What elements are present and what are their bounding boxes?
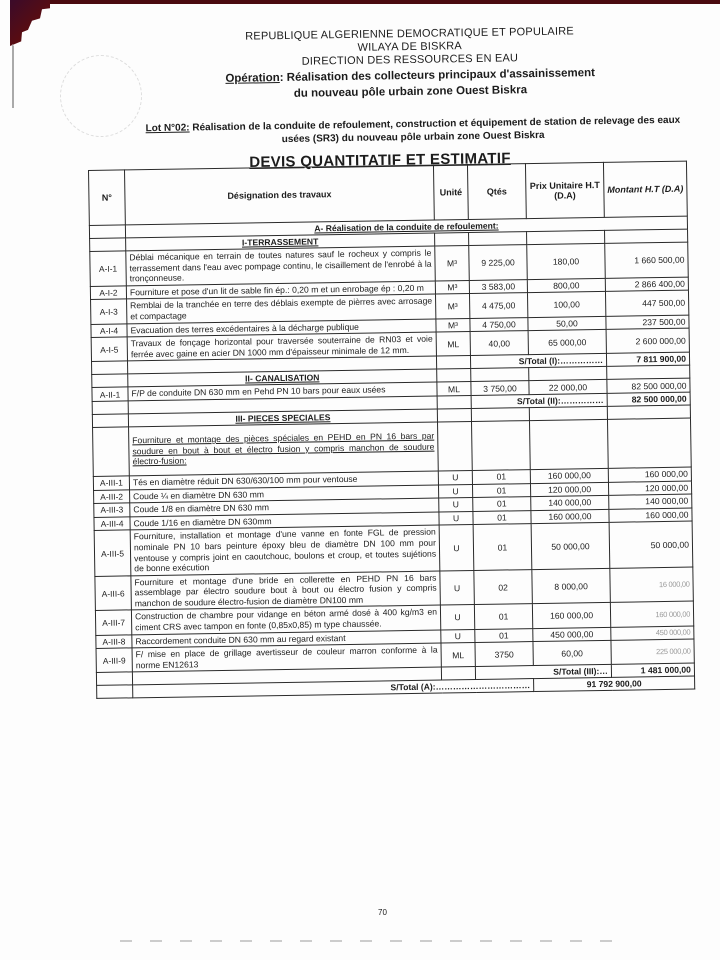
col-unit: Unité bbox=[433, 165, 468, 221]
stamp-mark bbox=[12, 44, 54, 108]
estimate-table-wrapper: N° Désignation des travaux Unité Qtés Pr… bbox=[88, 161, 696, 700]
item-unit-price: 60,00 bbox=[533, 641, 611, 666]
estimate-table: N° Désignation des travaux Unité Qtés Pr… bbox=[88, 161, 695, 700]
item-designation: Déblai mécanique en terrain de toutes na… bbox=[126, 246, 436, 286]
item-qty: 3 583,00 bbox=[469, 279, 527, 294]
item-code: A-III-4 bbox=[94, 517, 130, 531]
item-code: A-III-9 bbox=[96, 648, 132, 673]
item-code: A-III-5 bbox=[94, 530, 131, 576]
item-amount: 16 000,00 bbox=[610, 567, 694, 603]
item-qty: 01 bbox=[473, 524, 532, 570]
item-code: A-III-8 bbox=[96, 635, 132, 649]
item-unit-price: 120 000,00 bbox=[530, 482, 608, 497]
item-unit: U bbox=[439, 511, 473, 525]
item-unit: U bbox=[439, 525, 474, 571]
item-amount: 225 000,00 bbox=[611, 639, 694, 664]
scan-noise bbox=[120, 940, 620, 942]
item-amount: 2 600 000,00 bbox=[606, 328, 689, 353]
item-unit-price: 160 000,00 bbox=[532, 603, 610, 628]
item-amount: 450 000,00 bbox=[611, 626, 694, 641]
item-code: A-III-7 bbox=[95, 610, 131, 635]
item-amount: 140 000,00 bbox=[609, 494, 692, 509]
item-amount: 447 500,00 bbox=[605, 290, 688, 315]
faint-stamp bbox=[60, 55, 142, 137]
item-qty: 4 475,00 bbox=[469, 293, 527, 318]
item-code: A-I-1 bbox=[90, 251, 127, 286]
item-unit-price: 65 000,00 bbox=[528, 330, 606, 355]
subtotal-value: 1 481 000,00 bbox=[611, 663, 694, 677]
page-number: 70 bbox=[378, 908, 387, 917]
item-unit: U bbox=[440, 570, 475, 605]
item-unit: U bbox=[438, 484, 472, 498]
item-unit: ML bbox=[436, 332, 470, 357]
item-qty: 4 750,00 bbox=[470, 317, 528, 332]
col-num: N° bbox=[89, 170, 126, 226]
item-amount: 50 000,00 bbox=[609, 521, 693, 568]
item-designation: Fourniture et montage d'une bride en col… bbox=[131, 571, 441, 611]
item-unit-price: 160 000,00 bbox=[530, 468, 608, 483]
item-code: A-I-4 bbox=[91, 323, 127, 337]
item-unit-price: 450 000,00 bbox=[533, 627, 611, 642]
lot-text: Réalisation de la conduite de refoulemen… bbox=[189, 115, 680, 145]
item-amount: 237 500,00 bbox=[606, 315, 689, 330]
item-qty: 01 bbox=[472, 470, 530, 485]
item-unit: U bbox=[441, 629, 475, 643]
item-qty: 01 bbox=[473, 510, 531, 525]
item-qty: 01 bbox=[472, 483, 530, 498]
col-qty: Qtés bbox=[467, 164, 526, 220]
item-unit-price: 8 000,00 bbox=[532, 568, 611, 604]
item-qty: 9 225,00 bbox=[469, 245, 528, 281]
item-designation: Fourniture, installation et montage d'un… bbox=[130, 525, 440, 575]
item-code: A-III-6 bbox=[95, 576, 132, 611]
item-unit: ML bbox=[441, 643, 475, 668]
item-qty: 3750 bbox=[475, 642, 533, 667]
item-amount: 120 000,00 bbox=[608, 481, 691, 496]
item-amount: 160 000,00 bbox=[608, 467, 691, 482]
section-intro: Fourniture et montage des pièces spécial… bbox=[129, 422, 439, 476]
document-header: REPUBLIQUE ALGERIENNE DEMOCRATIQUE ET PO… bbox=[149, 24, 670, 103]
item-qty: 3 750,00 bbox=[471, 381, 529, 396]
item-qty: 40,00 bbox=[470, 331, 528, 356]
lot-label: Lot N°02: bbox=[146, 123, 190, 135]
item-qty: 01 bbox=[473, 497, 531, 512]
operation-text: : Réalisation des collecteurs principaux… bbox=[280, 67, 595, 84]
item-unit: M³ bbox=[436, 318, 470, 332]
item-amount: 2 866 400,00 bbox=[605, 277, 688, 292]
col-amount: Montant H.T (D.A) bbox=[603, 161, 687, 217]
col-unit-price: Prix Unitaire H.T (D.A) bbox=[525, 162, 604, 218]
item-unit: U bbox=[440, 605, 474, 630]
subtotal-value: 82 500 000,00 bbox=[607, 392, 690, 406]
item-code: A-I-2 bbox=[90, 286, 126, 300]
subtotal-value: 7 811 900,00 bbox=[606, 352, 689, 366]
total-a-value: 91 792 900,00 bbox=[534, 676, 695, 692]
item-code: A-I-3 bbox=[91, 299, 127, 324]
item-unit: M³ bbox=[435, 294, 469, 319]
table-body: A- Réalisation de la conduite de refoule… bbox=[89, 216, 694, 699]
col-designation: Désignation des travaux bbox=[125, 165, 435, 225]
item-code: A-II-1 bbox=[92, 387, 128, 401]
item-unit-price: 50 000,00 bbox=[531, 523, 610, 570]
item-unit: ML bbox=[437, 382, 471, 396]
item-code: A-I-5 bbox=[91, 337, 127, 362]
lot-description: Lot N°02: Réalisation de la conduite de … bbox=[138, 114, 688, 149]
item-qty: 02 bbox=[474, 569, 533, 605]
operation-label: Opération bbox=[225, 72, 279, 85]
item-unit-price: 180,00 bbox=[527, 243, 606, 279]
item-unit-price: 160 000,00 bbox=[531, 509, 609, 524]
item-code: A-III-2 bbox=[94, 489, 130, 503]
item-unit: M³ bbox=[435, 246, 470, 281]
item-unit-price: 22 000,00 bbox=[529, 380, 607, 395]
scan-edge bbox=[10, 0, 720, 4]
item-code: A-III-3 bbox=[94, 503, 130, 517]
item-unit-price: 140 000,00 bbox=[531, 495, 609, 510]
item-unit: M³ bbox=[435, 280, 469, 294]
scan-corner-artifact bbox=[10, 0, 50, 46]
item-qty: 01 bbox=[475, 628, 533, 643]
item-amount: 160 000,00 bbox=[610, 602, 693, 627]
item-unit: U bbox=[438, 470, 472, 484]
item-unit-price: 50,00 bbox=[528, 316, 606, 331]
item-qty: 01 bbox=[474, 604, 532, 629]
item-amount: 1 660 500,00 bbox=[605, 242, 689, 278]
table-header-row: N° Désignation des travaux Unité Qtés Pr… bbox=[89, 161, 688, 225]
item-unit: U bbox=[439, 498, 473, 512]
item-code: A-III-1 bbox=[93, 476, 129, 490]
item-unit-price: 800,00 bbox=[527, 278, 605, 293]
item-amount: 160 000,00 bbox=[609, 508, 692, 523]
item-amount: 82 500 000,00 bbox=[607, 378, 690, 393]
item-unit-price: 100,00 bbox=[527, 292, 605, 317]
